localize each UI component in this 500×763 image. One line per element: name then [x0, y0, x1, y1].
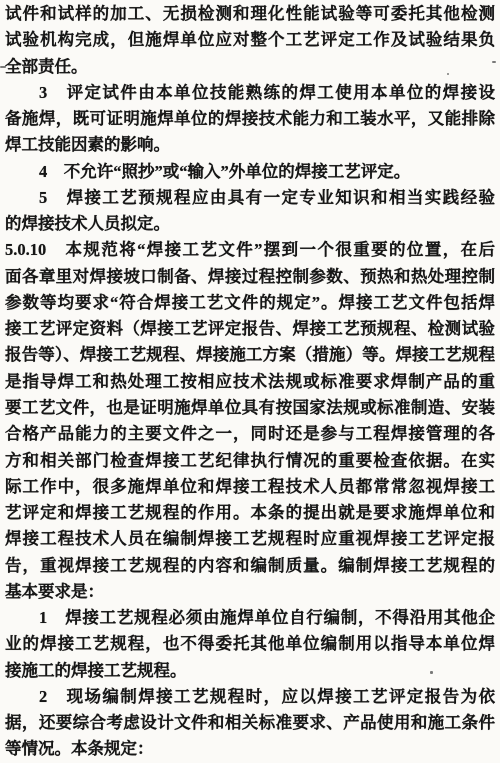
text-line: 面各章里对焊接坡口制备、焊接过程控制参数、预热和热处理控制: [5, 264, 495, 290]
text-line: 2 现场编制焊接工艺规程时，应以焊接工艺评定报告为依: [5, 684, 495, 710]
text-line: 基本要求是：: [5, 579, 495, 605]
text-line: 艺评定和焊接工艺规程的作用。本条的提出就是要求施焊单位和: [5, 500, 495, 526]
text-line: 告，重视焊接工艺规程的内容和编制质量。编制焊接工艺规程的: [5, 553, 495, 579]
scan-speck: [430, 671, 433, 674]
text-line: 据，还要综合考虑设计文件和相关标准要求、产品使用和施工条件: [5, 710, 495, 736]
text-line: 是指导焊工和热处理工按相应技术法规或标准要求焊制产品的重: [5, 369, 495, 395]
numbered-item-4: 4 不允许“照抄”或“输入”外单位的焊接工艺评定。: [5, 159, 495, 185]
paragraph-continuation: 试件和试样的加工、无损检测和理化性能试验等可委托其他检测试验机构完成，但施焊单位…: [5, 1, 495, 80]
text-line: 焊工技能因素的影响。: [5, 132, 495, 158]
clause-5-0-10: 5.0.10 本规范将“焊接工艺文件”摆到一个很重要的位置，在后面各章里对焊接坡…: [5, 237, 495, 605]
text-line: 3 评定试件由本单位技能熟练的焊工使用本单位的焊接设: [5, 80, 495, 106]
text-line: 际工作中，很多施焊单位和焊接工程技术人员都常常忽视焊接工: [5, 474, 495, 500]
text-line: 参数等均要求“符合焊接工艺文件的规定”。焊接工艺文件包括焊: [5, 290, 495, 316]
text-line: 试件和试样的加工、无损检测和理化性能试验等可委托其他检测: [5, 1, 495, 27]
scan-speck: [0, 66, 6, 68]
text-line: 4 不允许“照抄”或“输入”外单位的焊接工艺评定。: [5, 159, 495, 185]
text-line: 1 焊接工艺规程必须由施焊单位自行编制，不得沿用其他企: [5, 605, 495, 631]
text-line: 的焊接技术人员拟定。: [5, 211, 495, 237]
scan-speck: [492, 61, 496, 63]
text-line: 接施工的焊接工艺规程。: [5, 658, 495, 684]
text-line: 方和相关部门检查焊接工艺纪律执行情况的重要检查依据。在实: [5, 448, 495, 474]
scan-speck: [447, 73, 449, 75]
text-line: 要工艺文件，也是证明施焊单位具有按国家法规或标准制造、安装: [5, 395, 495, 421]
text-line: 等情况。本条规定：: [5, 736, 495, 762]
document-page: 试件和试样的加工、无损检测和理化性能试验等可委托其他检测试验机构完成，但施焊单位…: [0, 0, 500, 763]
numbered-item-2: 2 现场编制焊接工艺规程时，应以焊接工艺评定报告为依据，还要综合考虑设计文件和相…: [5, 684, 495, 763]
text-line: 全部责任。: [5, 54, 495, 80]
text-line: 试验机构完成，但施焊单位应对整个工艺评定工作及试验结果负: [5, 27, 495, 53]
numbered-item-1: 1 焊接工艺规程必须由施焊单位自行编制，不得沿用其他企业的焊接工艺规程，也不得委…: [5, 605, 495, 684]
text-line: 5.0.10 本规范将“焊接工艺文件”摆到一个很重要的位置，在后: [5, 237, 495, 263]
text-line: 焊接工程技术人员在编制焊接工艺规程时应重视焊接工艺评定报: [5, 526, 495, 552]
text-line: 业的焊接工艺规程，也不得委托其他单位编制用以指导本单位焊: [5, 631, 495, 657]
text-line: 备施焊，既可证明施焊单位的焊接技术能力和工装水平，又能排除: [5, 106, 495, 132]
text-line: 合格产品能力的主要文件之一，同时还是参与工程焊接管理的各: [5, 421, 495, 447]
numbered-item-3: 3 评定试件由本单位技能熟练的焊工使用本单位的焊接设备施焊，既可证明施焊单位的焊…: [5, 80, 495, 159]
text-line: 报告等）、焊接工艺规程、焊接施工方案（措施）等。焊接工艺规程: [5, 342, 495, 368]
numbered-item-5: 5 焊接工艺预规程应由具有一定专业知识和相当实践经验的焊接技术人员拟定。: [5, 185, 495, 238]
text-line: 5 焊接工艺预规程应由具有一定专业知识和相当实践经验: [5, 185, 495, 211]
text-line: 接工艺评定资料（焊接工艺评定报告、焊接工艺预规程、检测试验: [5, 316, 495, 342]
